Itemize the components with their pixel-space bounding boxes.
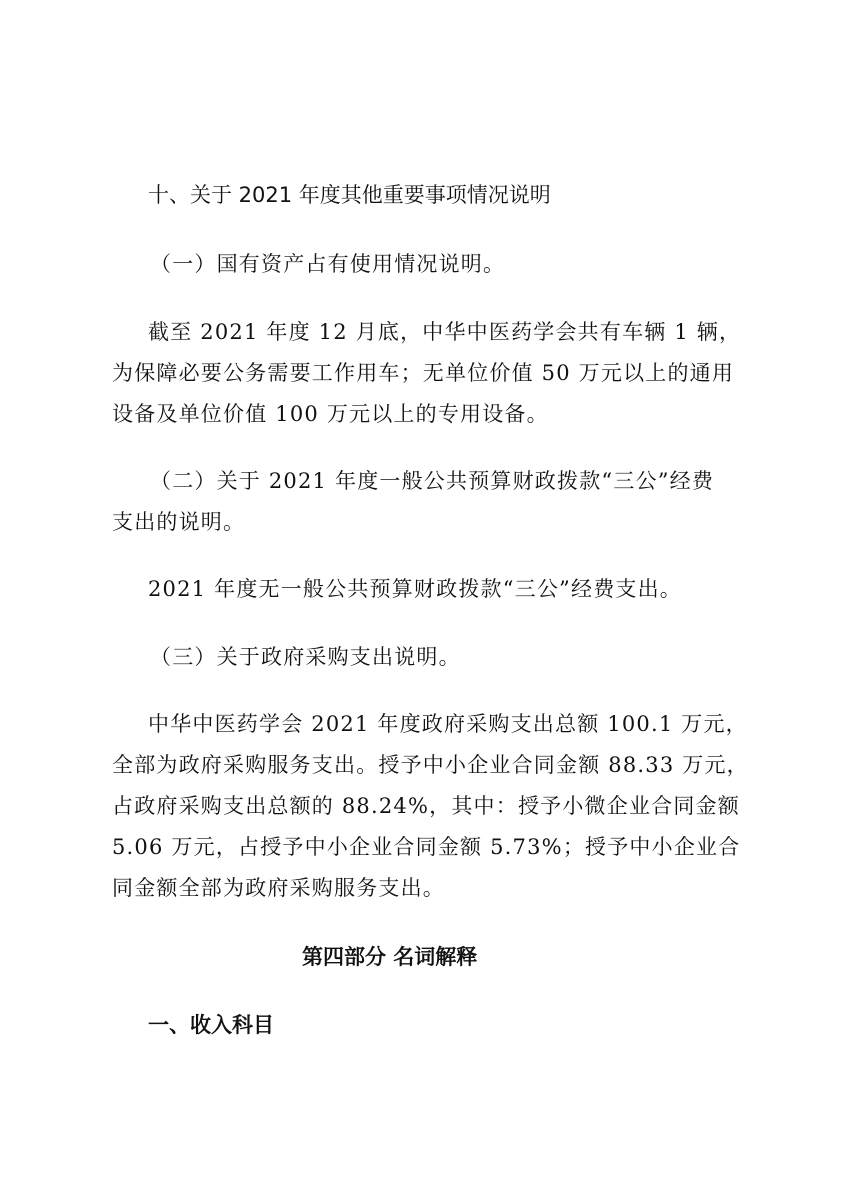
- subsection-title-2-cont: 支出的说明。: [112, 510, 245, 534]
- section-heading: 十、关于 2021 年度其他重要事项情况说明: [148, 183, 551, 207]
- paragraph-line: 全部为政府采购服务支出。授予中小企业合同金额 88.33 万元，: [112, 753, 749, 777]
- paragraph-line: 为保障必要公务需要工作用车；无单位价值 50 万元以上的通用: [112, 361, 734, 385]
- subsection-title-1: （一）国有资产占有使用情况说明。: [150, 252, 505, 276]
- paragraph-line: 同金额全部为政府采购服务支出。: [112, 876, 445, 900]
- paragraph-line: 占政府采购支出总额的 88.24%，其中：授予小微企业合同金额: [112, 794, 740, 818]
- subsection-title-3: （三）关于政府采购支出说明。: [150, 645, 461, 669]
- paragraph-line: 2021 年度无一般公共预算财政拨款“三公”经费支出。: [148, 577, 682, 601]
- part-title: 第四部分 名词解释: [302, 945, 477, 969]
- paragraph-line: 设备及单位价值 100 万元以上的专用设备。: [112, 402, 549, 426]
- paragraph-line: 中华中医药学会 2021 年度政府采购支出总额 100.1 万元，: [148, 712, 748, 736]
- paragraph-line: 5.06 万元，占授予中小企业合同金额 5.73%；授予中小企业合: [112, 835, 740, 859]
- paragraph-line: 截至 2021 年度 12 月底，中华中医药学会共有车辆 1 辆，: [148, 320, 741, 344]
- subsection-title-2: （二）关于 2021 年度一般公共预算财政拨款“三公”经费: [150, 469, 714, 493]
- item-heading: 一、收入科目: [148, 1013, 274, 1037]
- document-page: 十、关于 2021 年度其他重要事项情况说明 （一）国有资产占有使用情况说明。 …: [0, 0, 849, 1200]
